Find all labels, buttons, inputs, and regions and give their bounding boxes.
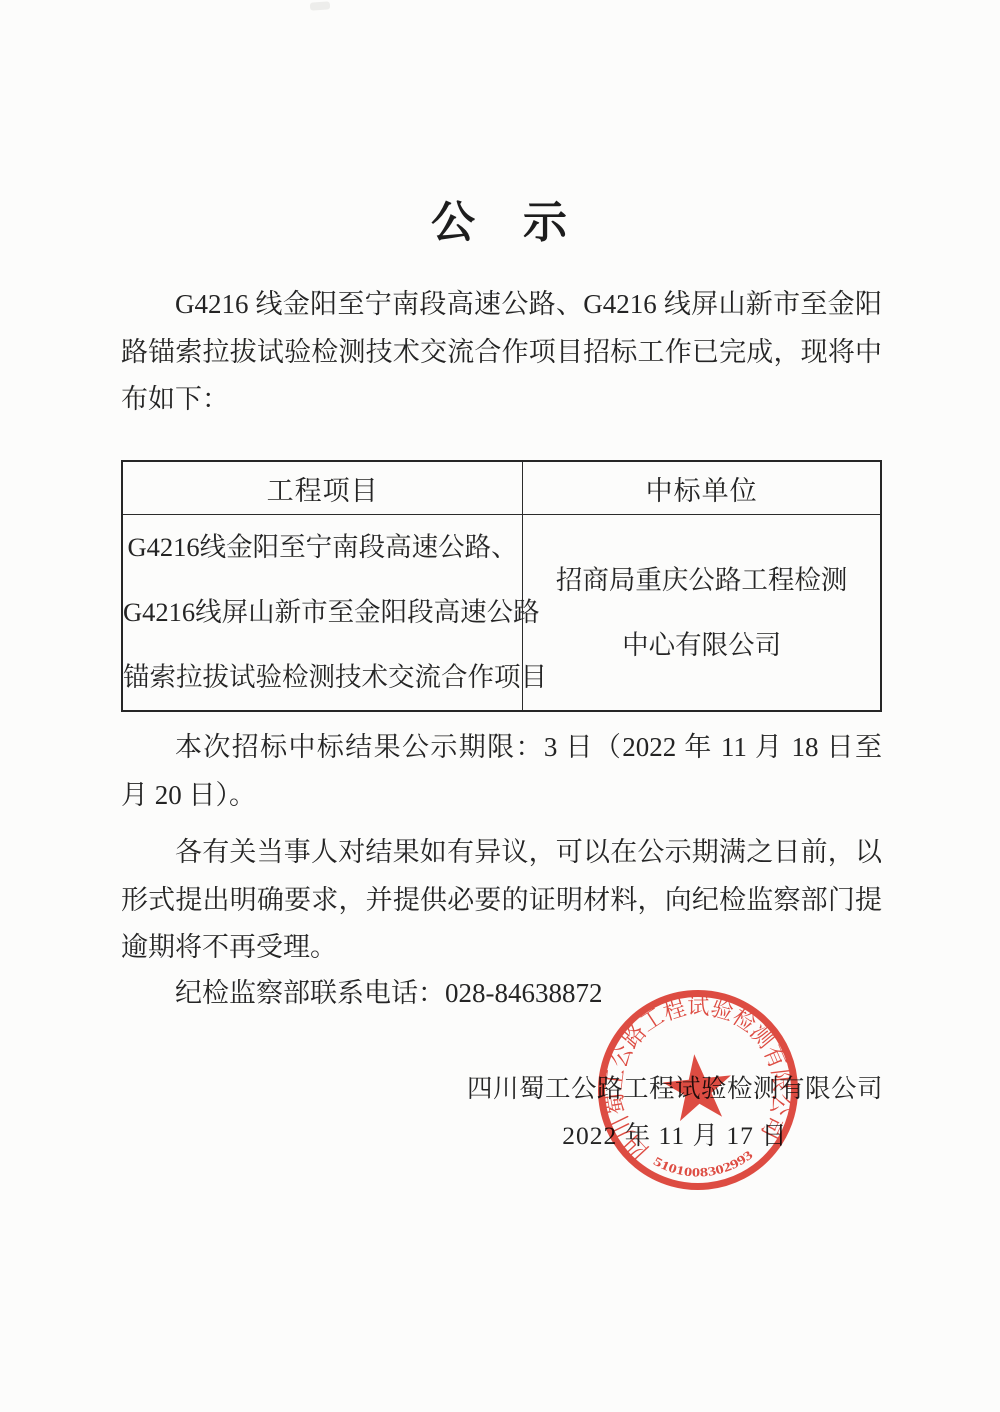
page-title: 公 示 [0, 186, 1000, 250]
paragraph-line: 本次招标中标结果公示期限：3 日（2022 年 11 月 18 日至 2022 … [121, 724, 882, 772]
cell-line: G4216线屏山新市至金阳段高速公路 [123, 580, 522, 645]
paragraph-line: 路锚索拉拔试验检测技术交流合作项目招标工作已完成，现将中标结果公 [121, 329, 882, 377]
bid-result-table: 工程项目 中标单位 G4216线金阳至宁南段高速公路、 G4216线屏山新市至金… [121, 460, 882, 712]
cell-line: 招商局重庆公路工程检测 [523, 548, 880, 613]
signature-block: 四川蜀工公路工程试验检测有限公司 2022 年 11 月 17 日 [420, 1072, 930, 1153]
table-header-project: 工程项目 [122, 461, 523, 515]
objection-paragraph: 各有关当事人对结果如有异议，可以在公示期满之日前，以书面原件 形式提出明确要求，… [121, 829, 882, 972]
table-header-row: 工程项目 中标单位 [122, 461, 881, 515]
paragraph-line: 布如下： [121, 376, 882, 424]
paragraph-line: 形式提出明确要求，并提供必要的证明材料，向纪检监察部门提出质疑， [121, 877, 882, 925]
table-row: G4216线金阳至宁南段高速公路、 G4216线屏山新市至金阳段高速公路 锚索拉… [122, 515, 881, 712]
cell-line: 中心有限公司 [523, 613, 880, 678]
paragraph-line: 月 20 日）。 [121, 772, 882, 820]
project-cell: G4216线金阳至宁南段高速公路、 G4216线屏山新市至金阳段高速公路 锚索拉… [122, 515, 523, 712]
paragraph-line: 各有关当事人对结果如有异议，可以在公示期满之日前，以书面原件 [121, 829, 882, 877]
cell-line: 锚索拉拔试验检测技术交流合作项目 [123, 645, 522, 710]
publicity-period-paragraph: 本次招标中标结果公示期限：3 日（2022 年 11 月 18 日至 2022 … [121, 724, 882, 819]
signature-date: 2022 年 11 月 17 日 [420, 1119, 930, 1153]
table-header-winner: 中标单位 [523, 461, 881, 515]
winner-cell: 招商局重庆公路工程检测 中心有限公司 [523, 515, 881, 712]
cell-line: G4216线金阳至宁南段高速公路、 [123, 515, 522, 580]
paragraph-line: G4216 线金阳至宁南段高速公路、G4216 线屏山新市至金阳段高速公 [121, 281, 882, 329]
scan-artifact [310, 1, 331, 10]
contact-phone-paragraph: 纪检监察部联系电话：028-84638872 [121, 970, 882, 1018]
document-page: 公 示 G4216 线金阳至宁南段高速公路、G4216 线屏山新市至金阳段高速公… [0, 0, 1000, 1412]
signature-company: 四川蜀工公路工程试验检测有限公司 [420, 1072, 930, 1106]
intro-paragraph: G4216 线金阳至宁南段高速公路、G4216 线屏山新市至金阳段高速公 路锚索… [121, 281, 882, 424]
contact-phone-line: 纪检监察部联系电话：028-84638872 [121, 970, 882, 1018]
paragraph-line: 逾期将不再受理。 [121, 924, 882, 972]
